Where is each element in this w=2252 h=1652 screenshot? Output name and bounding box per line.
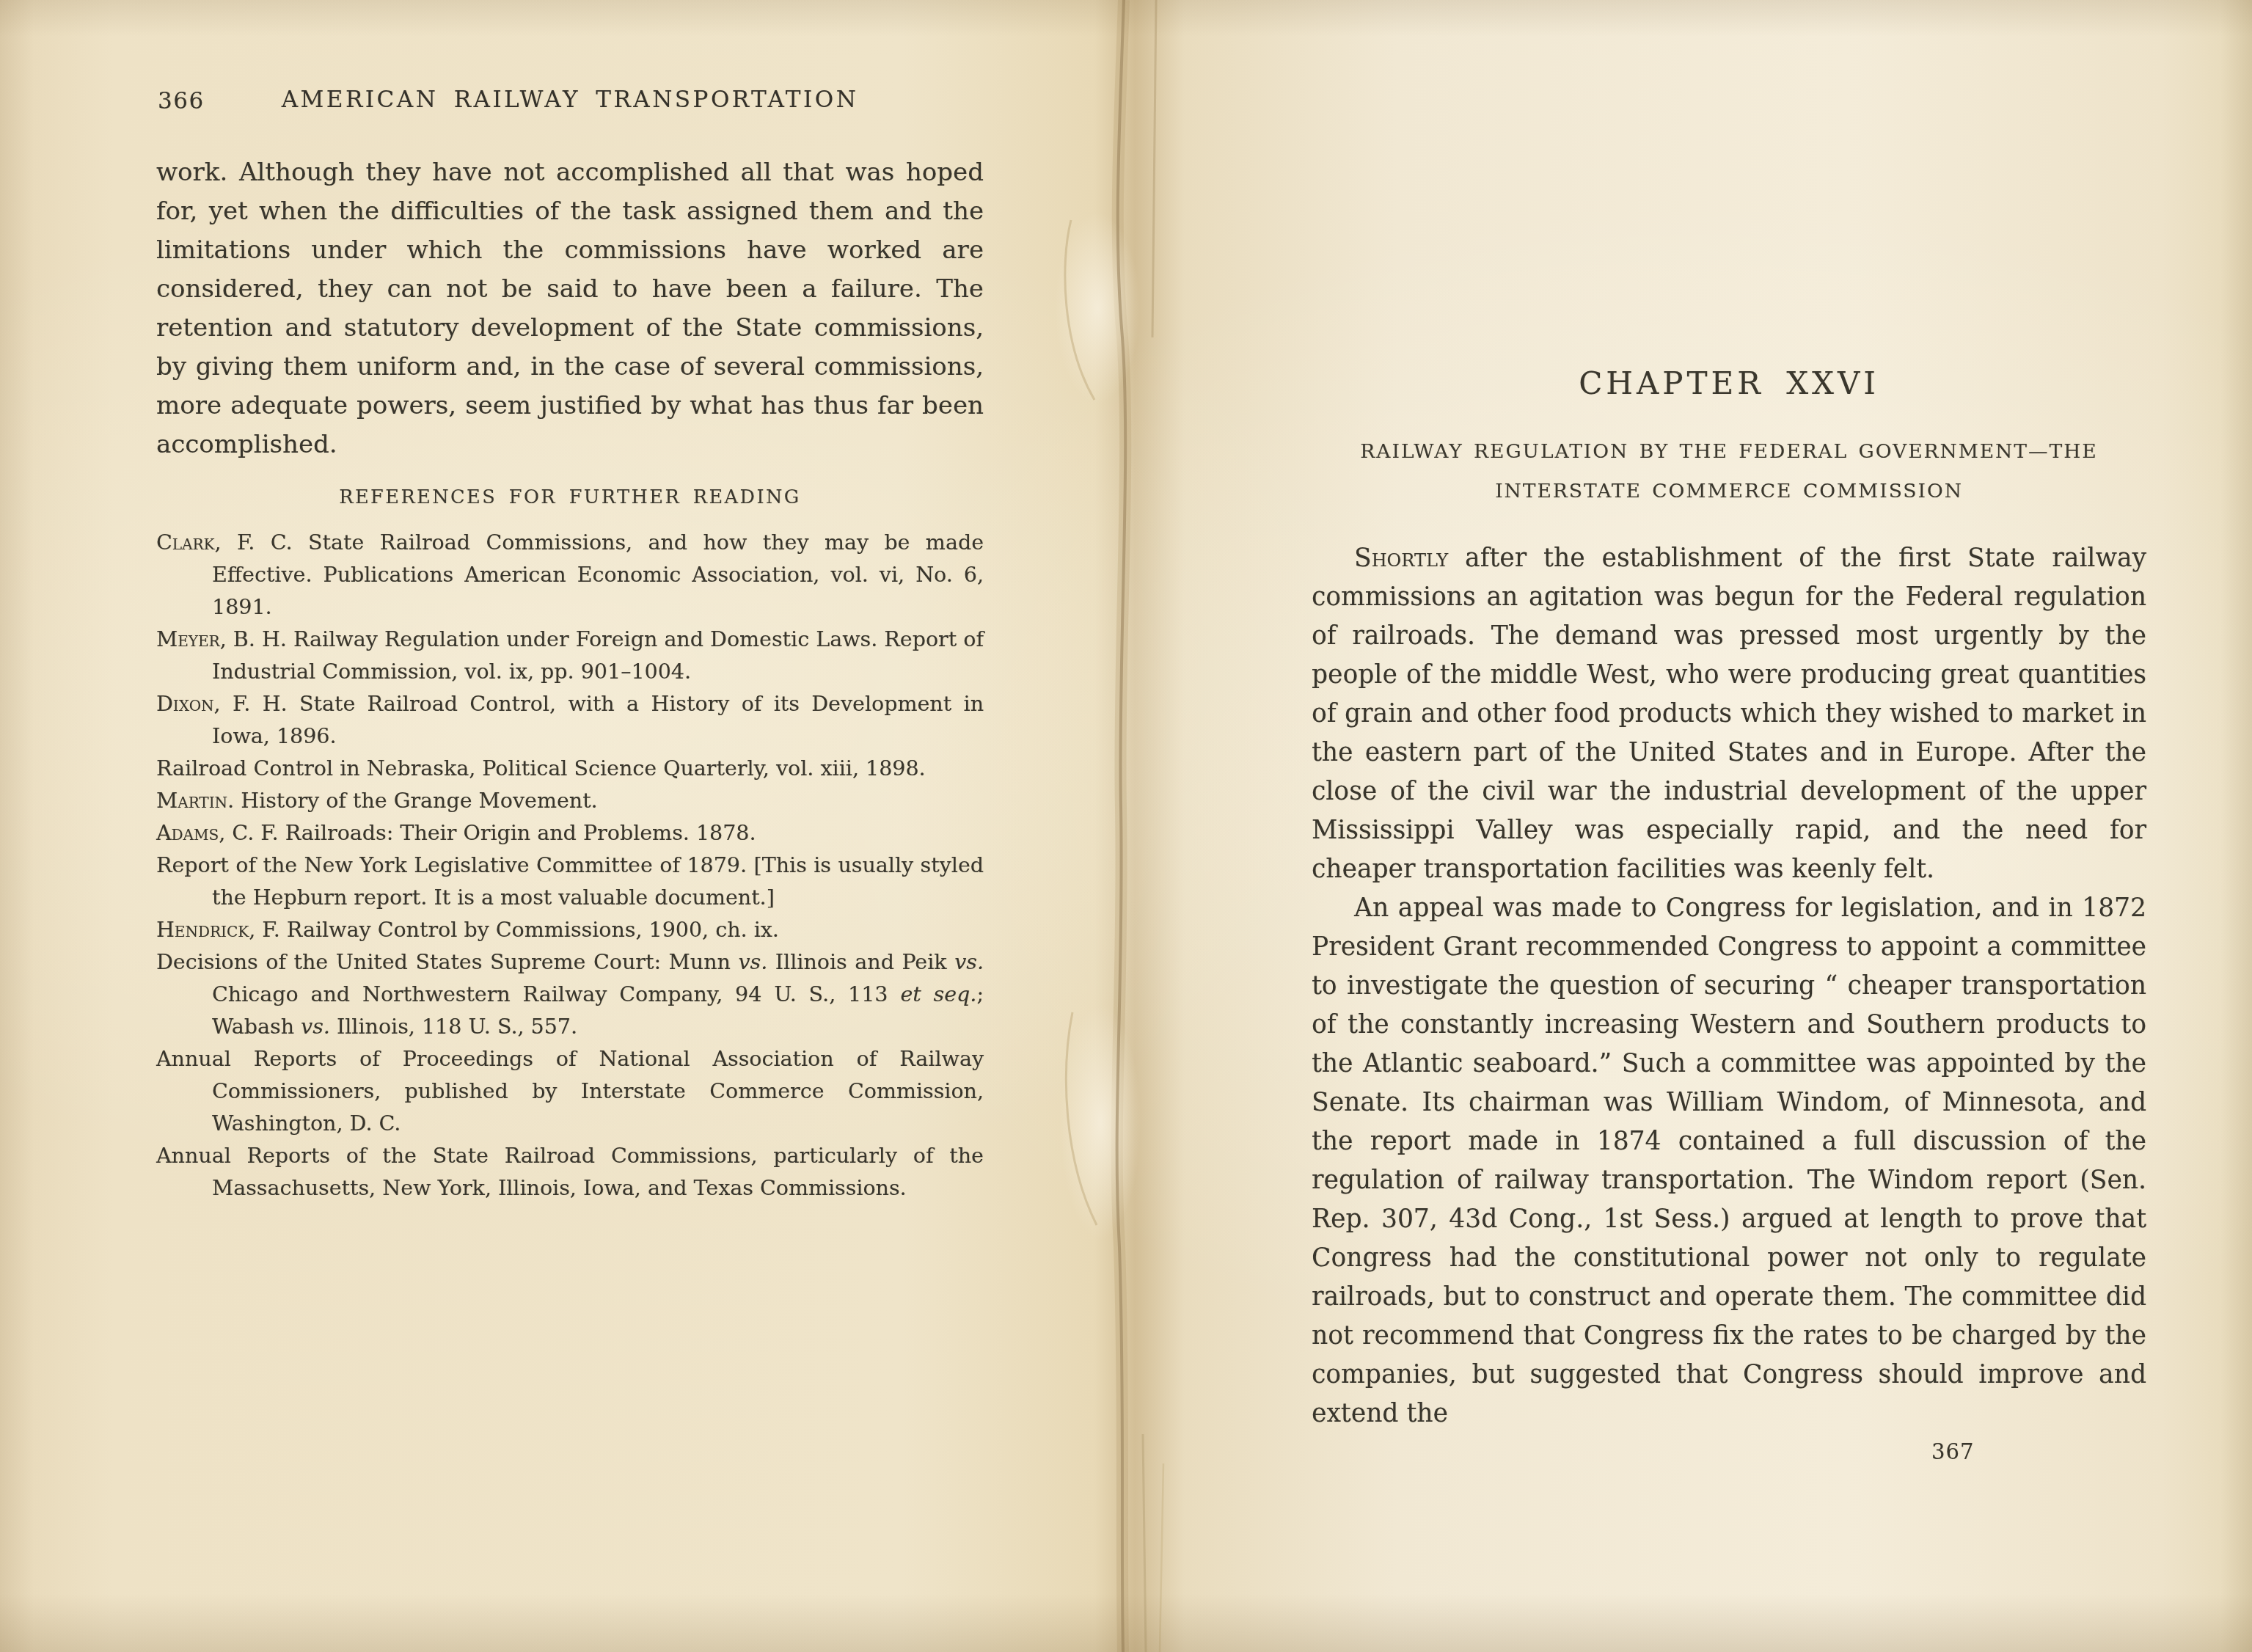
paragraph-lead-word: Shortly <box>1354 544 1448 573</box>
reference-author: Martin. <box>156 789 234 813</box>
reference-entry: Dixon, F. H. State Railroad Control, wit… <box>156 688 984 753</box>
page-edge-line-bottom-1 <box>1143 1434 1146 1652</box>
gutter-crease <box>1027 0 1276 1652</box>
reference-author: Clark, F. C. <box>156 530 293 555</box>
reference-entry: Martin. History of the Grange Movement. <box>156 785 984 817</box>
references-list: Clark, F. C. State Railroad Commissions,… <box>156 527 984 1205</box>
reference-entry: Clark, F. C. State Railroad Commissions,… <box>156 527 984 624</box>
reference-entry: Annual Reports of the State Railroad Com… <box>156 1140 984 1205</box>
wrinkle-bulge-bottom <box>1060 1005 1141 1240</box>
page-edge-line-bottom-2 <box>1160 1463 1163 1652</box>
references-heading: REFERENCES FOR FURTHER READING <box>156 486 984 508</box>
body-paragraph: An appeal was made to Congress for legis… <box>1312 889 2146 1433</box>
body-paragraph: Shortly after the establishment of the f… <box>1312 539 2146 889</box>
reference-entry: Report of the New York Legislative Commi… <box>156 849 984 914</box>
right-page: CHAPTER XXVI RAILWAY REGULATION BY THE F… <box>1312 365 2146 1464</box>
chapter-subtitle: RAILWAY REGULATION BY THE FEDERAL GOVERN… <box>1312 432 2146 511</box>
reference-entry: Decisions of the United States Supreme C… <box>156 946 984 1043</box>
reference-entry: Hendrick, F. Railway Control by Commissi… <box>156 914 984 946</box>
left-page: 366 AMERICAN RAILWAY TRANSPORTATION work… <box>156 87 984 1205</box>
reference-author: Adams, C. F. <box>156 821 279 845</box>
reference-entry: Adams, C. F. Railroads: Their Origin and… <box>156 817 984 849</box>
left-body-paragraph: work. Although they have not accomplishe… <box>156 153 984 464</box>
running-title: AMERICAN RAILWAY TRANSPORTATION <box>156 87 984 113</box>
reference-author: Meyer, B. H. <box>156 627 287 651</box>
chapter-subtitle-line2: INTERSTATE COMMERCE COMMISSION <box>1312 472 2146 511</box>
chapter-subtitle-line1: RAILWAY REGULATION BY THE FEDERAL GOVERN… <box>1312 432 2146 472</box>
book-scan: 366 AMERICAN RAILWAY TRANSPORTATION work… <box>0 0 2252 1652</box>
reference-author: Dixon, F. H. <box>156 692 288 716</box>
right-body: Shortly after the establishment of the f… <box>1312 539 2146 1433</box>
reference-entry: Annual Reports of Proceedings of Nationa… <box>156 1043 984 1140</box>
reference-author: Hendrick, F. <box>156 918 280 942</box>
left-page-header: 366 AMERICAN RAILWAY TRANSPORTATION <box>156 87 984 120</box>
chapter-heading: CHAPTER XXVI <box>1312 365 2146 401</box>
right-page-number: 367 <box>1312 1439 2146 1464</box>
page-edge-line-top <box>1152 0 1156 337</box>
reference-entry: Railroad Control in Nebraska, Political … <box>156 753 984 785</box>
left-page-number: 366 <box>158 88 205 114</box>
reference-entry: Meyer, B. H. Railway Regulation under Fo… <box>156 624 984 688</box>
